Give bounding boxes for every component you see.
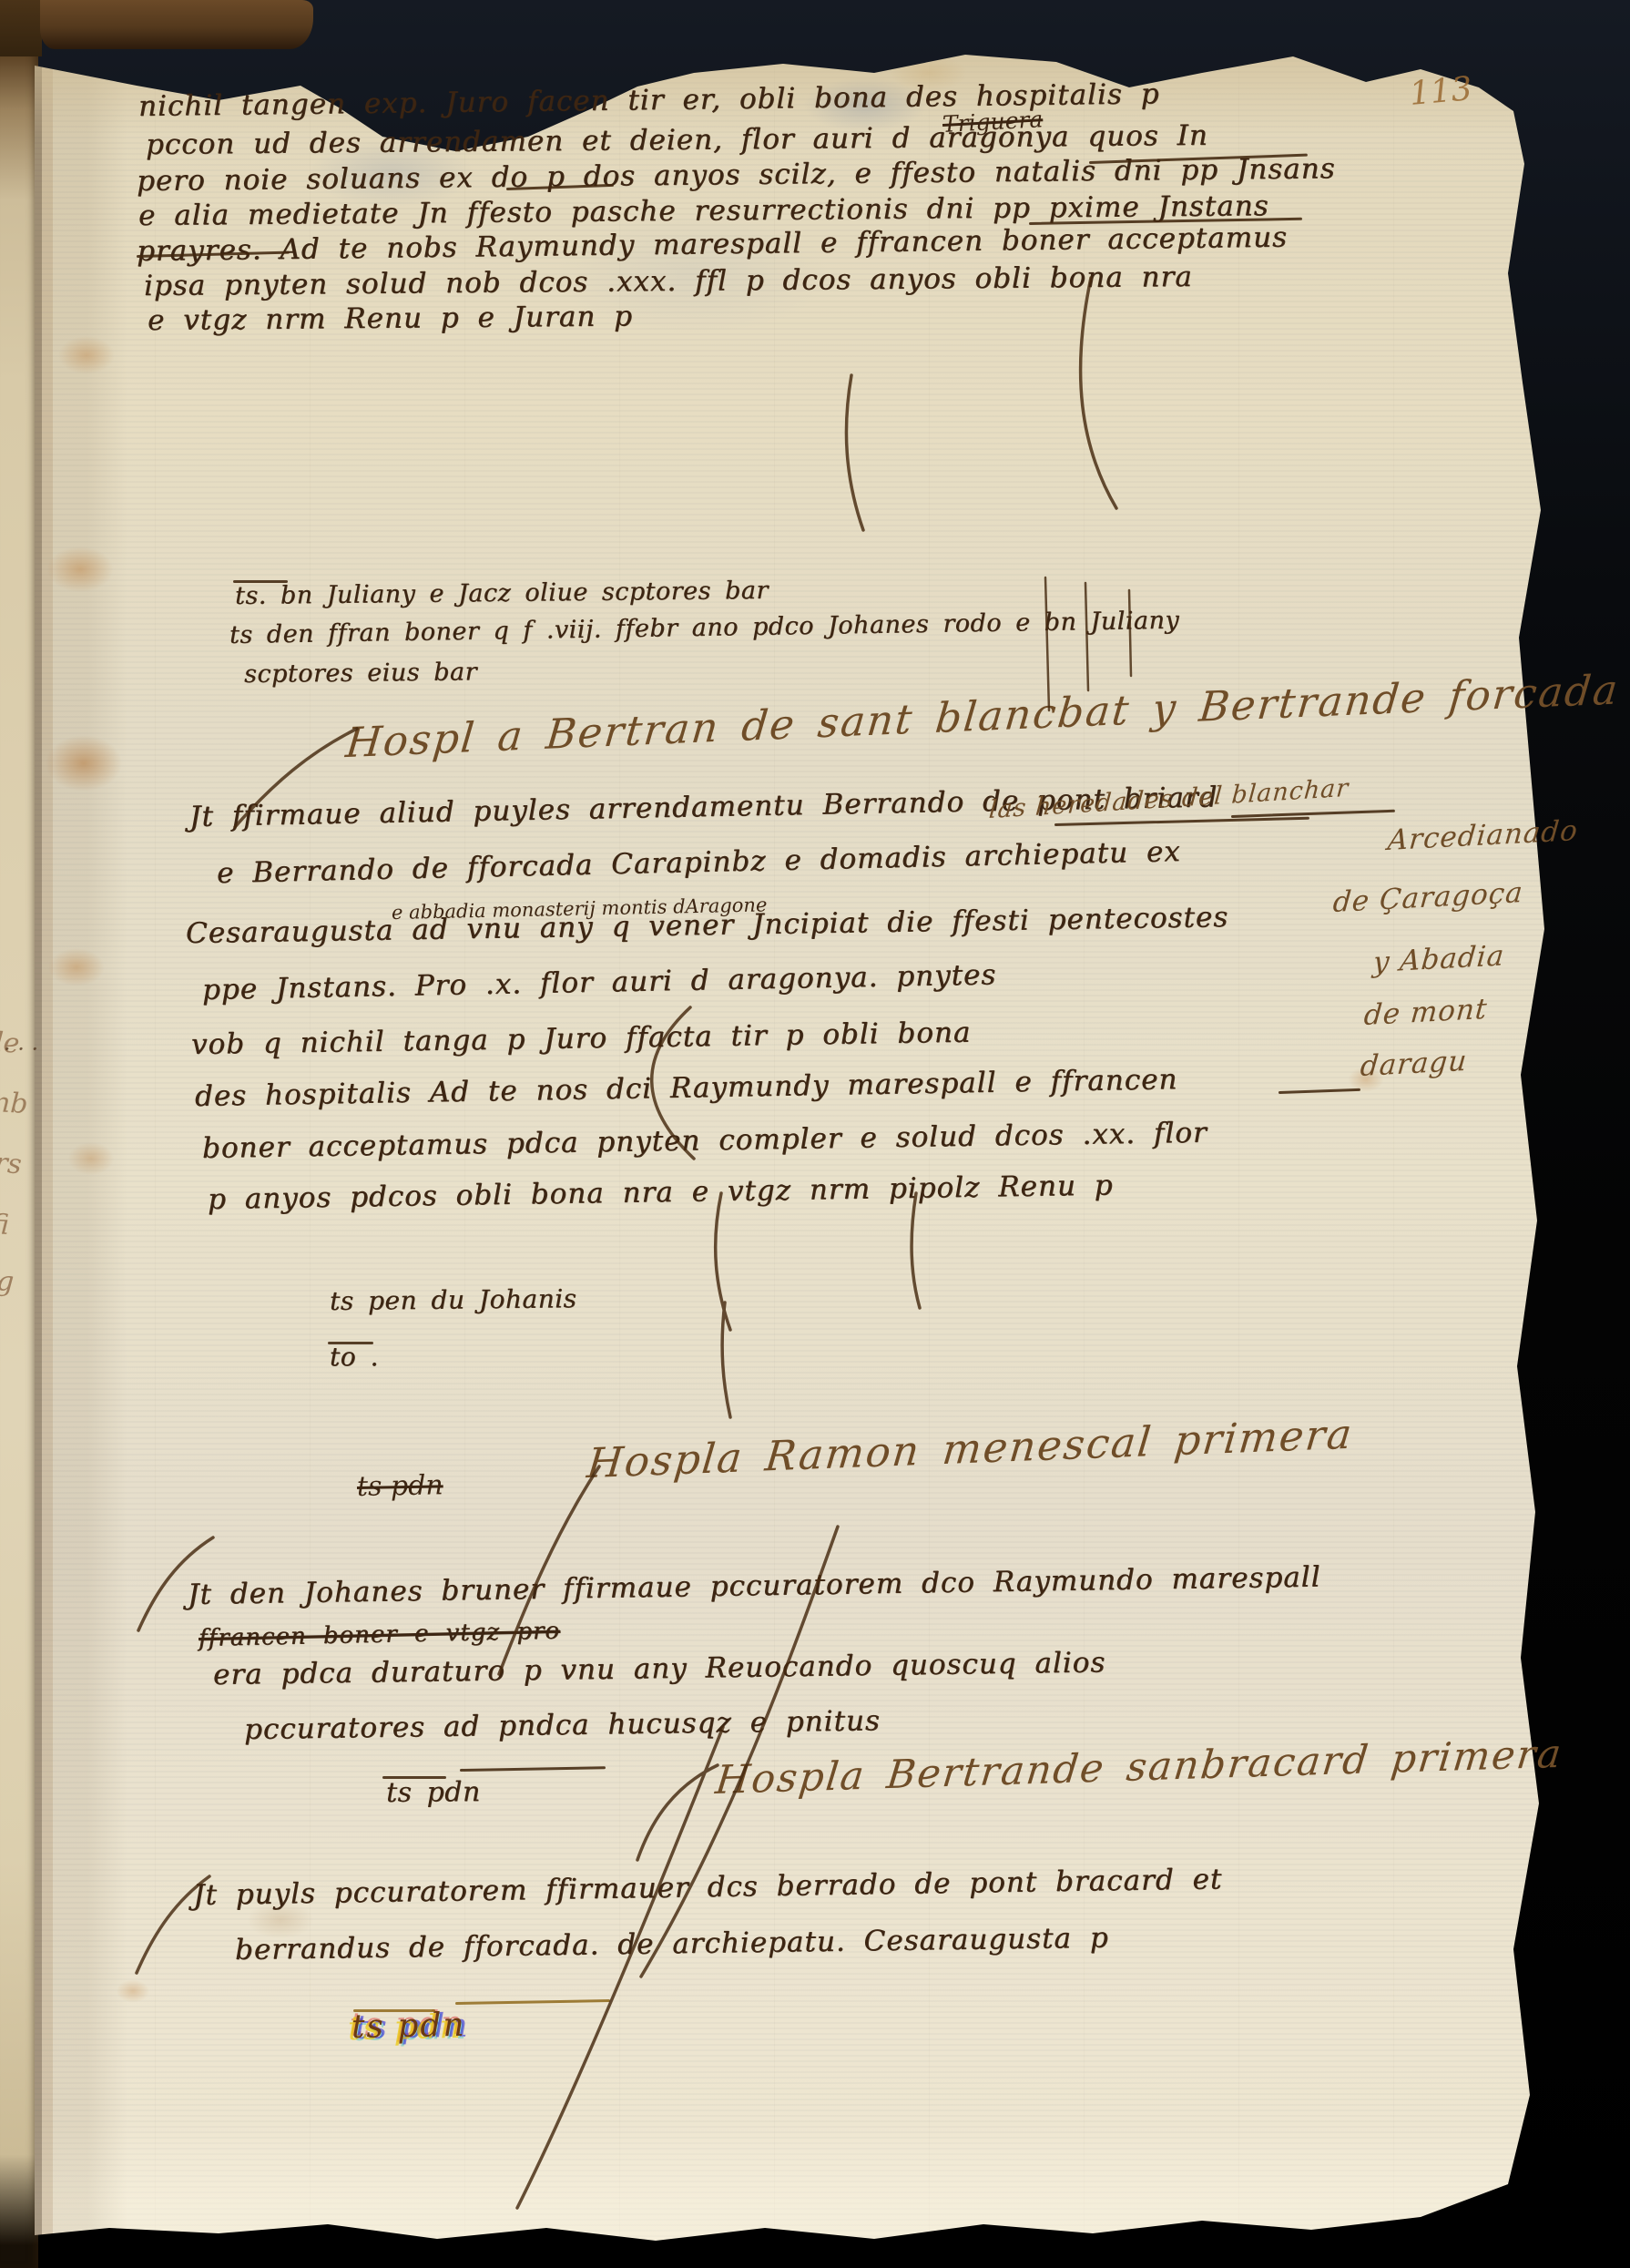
- bleedthrough-fragment: rs: [0, 1149, 23, 1179]
- binding-leather-corner: [0, 0, 42, 56]
- witness-line: ts. bn Juliany e Jacz oliue scptores bar: [235, 578, 769, 608]
- marginal-note: y Abadia: [1372, 942, 1506, 977]
- bleedthrough-fragment: g: [0, 1268, 15, 1296]
- ink-overline: [328, 1342, 373, 1344]
- witness-line: to .: [330, 1344, 379, 1370]
- ink-overline: [353, 2009, 435, 2012]
- ink-overline: [233, 580, 288, 583]
- witness-label: ts pdn: [386, 1779, 481, 1807]
- witness-line: scptores eius bar: [244, 659, 477, 687]
- margin-dots: · · ·: [4, 1038, 38, 1060]
- manuscript-scan: 113 nichil tangen exp. Juro facen tir er…: [0, 0, 1630, 2268]
- marginal-note: de mont: [1363, 996, 1489, 1030]
- witness-label-chromatic: ts pdn: [351, 2009, 466, 2044]
- struck-entry-line: ffrancen boner e vtgz pro: [199, 1619, 561, 1650]
- folio-number: 113: [1408, 73, 1473, 111]
- binding-leather-strip: [40, 0, 313, 49]
- witness-line: ts pen du Johanis: [330, 1286, 577, 1314]
- marginal-note: daragu: [1360, 1047, 1469, 1081]
- book-gutter: [0, 0, 38, 2268]
- ink-overline: [382, 1776, 446, 1779]
- interlinear-correction: Triguera: [942, 107, 1044, 136]
- bleedthrough-fragment: nb: [0, 1089, 28, 1119]
- struck-label: ts pdn: [357, 1472, 443, 1501]
- bleedthrough-fragment: fi: [0, 1211, 10, 1240]
- marginal-note: Arcedianado: [1387, 817, 1580, 855]
- entry-line: e vtgz nrm Renu p e Juran p: [148, 302, 633, 335]
